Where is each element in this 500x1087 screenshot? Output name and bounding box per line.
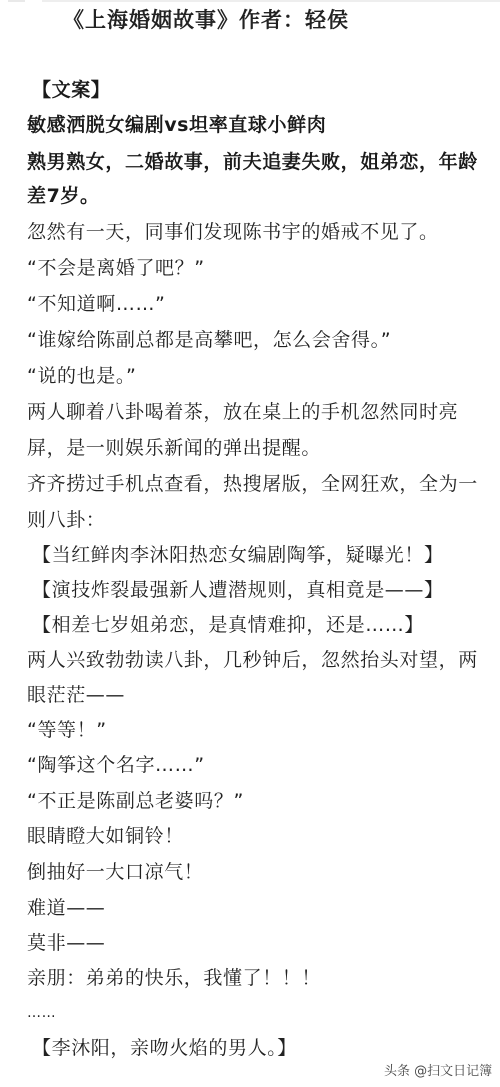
body-line: “等等！” [27, 718, 107, 742]
section-heading: 【文案】 [32, 78, 110, 102]
body-line: 难道—— [27, 896, 105, 920]
tagline: 敏感洒脱女编剧vs坦率直球小鲜肉 [27, 113, 326, 137]
body-line: 屏，是一则娱乐新闻的弹出提醒。 [27, 436, 321, 460]
source-watermark: 头条 @扫文日记簿 [384, 1060, 492, 1079]
summary-line-1: 熟男熟女，二婚故事，前夫追妻失败，姐弟恋，年龄 [27, 150, 478, 174]
body-line: 眼茫茫—— [27, 683, 125, 707]
ellipsis-line: …… [27, 1001, 56, 1025]
body-line: 两人聊着八卦喝着茶，放在桌上的手机忽然同时亮 [27, 400, 458, 424]
body-line: 忽然有一天，同事们发现陈书宇的婚戒不见了。 [27, 220, 439, 244]
headline-bracket-3: 【相差七岁姐弟恋，是真情难抑，还是……】 [32, 613, 424, 637]
headline-bracket-2: 【演技炸裂最强新人遭潜规则，真相竟是——】 [32, 578, 444, 602]
body-line: 莫非—— [27, 931, 105, 955]
body-line: 两人兴致勃勃读八卦，几秒钟后，忽然抬头对望，两 [27, 648, 478, 672]
closing-bracket-line: 【李沐阳，亲吻火焰的男人。】 [32, 1036, 297, 1060]
top-divider [0, 0, 500, 2]
body-line: “不知道啊……” [27, 292, 166, 316]
body-line: 亲朋：弟弟的快乐，我懂了！！！ [27, 966, 321, 990]
body-line: 眼睛瞪大如铜铃！ [27, 824, 184, 848]
body-line: “谁嫁给陈副总都是高攀吧，怎么会舍得。” [27, 328, 391, 352]
body-line: “说的也是。” [27, 364, 136, 388]
document-title: 《上海婚姻故事》作者：轻侯 [63, 8, 349, 32]
body-line: “不正是陈副总老婆吗？” [27, 789, 244, 813]
body-line: 倒抽好一大口凉气！ [27, 860, 203, 884]
headline-bracket-1: 【当红鲜肉李沐阳热恋女编剧陶筝，疑曝光！】 [32, 543, 444, 567]
body-line: 则八卦： [27, 508, 105, 532]
body-line: “不会是离婚了吧？” [27, 256, 205, 280]
body-line: 齐齐捞过手机点查看，热搜屠版，全网狂欢，全为一 [27, 472, 478, 496]
body-line: “陶筝这个名字……” [27, 753, 205, 777]
summary-line-2: 差7岁。 [27, 184, 100, 208]
